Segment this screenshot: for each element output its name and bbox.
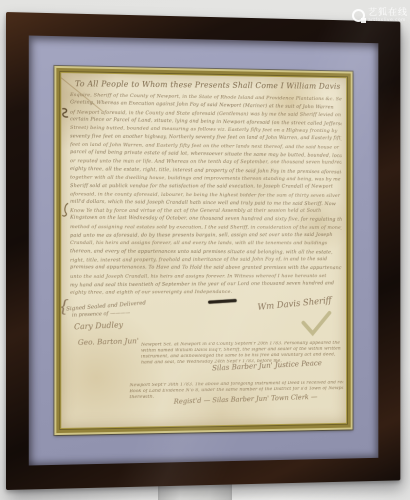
document-body: Esquire, Sheriff of the County of Newpor… [70, 91, 341, 297]
photo-backdrop: To All People to Whom these Presents Sha… [0, 0, 410, 500]
artfox-logo-icon [352, 9, 365, 22]
margin-ink-mark [61, 107, 70, 119]
seal-mark-icon [300, 310, 333, 337]
gold-fillet: To All People to Whom these Presents Sha… [54, 66, 352, 435]
ink-blot [208, 299, 237, 304]
body-line: paid unto me as aforesaid, do by these p… [70, 231, 341, 240]
body-line: Sheriff sold at publick vendue for the s… [70, 182, 341, 191]
watermark-site: artfoxlive.com [368, 18, 408, 23]
document-heading: To All People to Whom these Presents Sha… [75, 79, 344, 91]
watermark-brand: 艺狐在线 [368, 8, 408, 18]
watermark: 艺狐在线 artfoxlive.com [352, 8, 408, 23]
body-line: Crandall, his heirs and assigns forever,… [70, 239, 341, 247]
witness-signature-2: Geo. Barton Jun' [78, 336, 139, 347]
witness-statement-line-2: in presence of ———— [72, 310, 130, 318]
framed-document: To All People to Whom these Presents Sha… [6, 12, 400, 490]
body-line: premises and appurtenances. To Have and … [70, 264, 341, 273]
watermark-text: 艺狐在线 artfoxlive.com [368, 8, 408, 23]
margin-flourish-mark [61, 202, 70, 218]
picture-frame: To All People to Whom these Presents Sha… [6, 12, 400, 490]
manuscript-paper: To All People to Whom these Presents Sha… [61, 73, 346, 428]
mat-board: To All People to Whom these Presents Sha… [29, 36, 379, 466]
witness-signature-1: Cary Dudley [74, 320, 123, 331]
